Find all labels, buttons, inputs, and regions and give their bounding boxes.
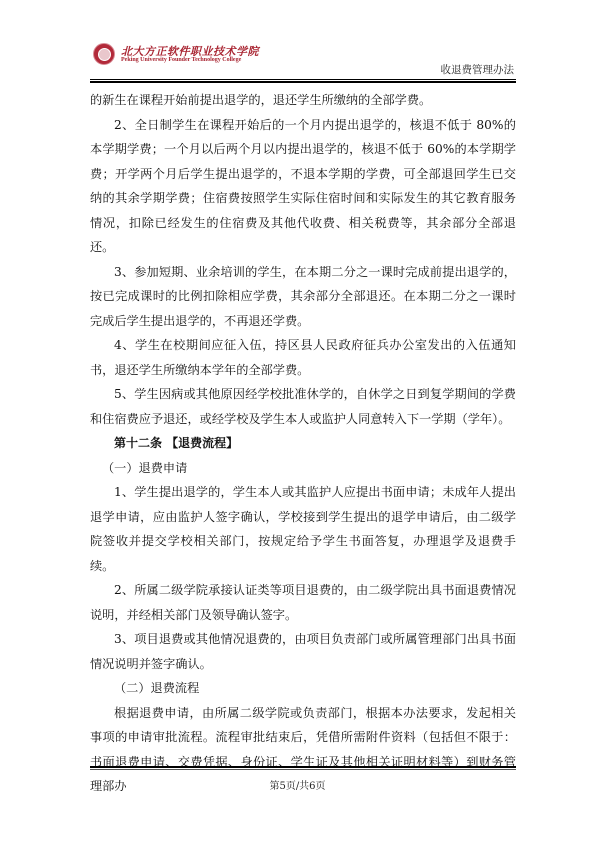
paragraph-application-2: 2、所属二级学院承接认证类等项目退费的，由二级学院出具书面退费情况说明，并经相关… bbox=[90, 578, 516, 627]
paragraph-application-1: 1、学生提出退学的，学生本人或其监护人应提出书面申请；未成年人提出退学申请，应由… bbox=[90, 480, 516, 578]
header-rule bbox=[90, 79, 516, 83]
page-indicator: 第5页/共6页 bbox=[0, 777, 595, 792]
paragraph-item-4: 4、学生在校期间应征入伍，持区县人民政府征兵办公室发出的入伍通知书，退还学生所缴… bbox=[90, 333, 516, 382]
document-title: 收退费管理办法 bbox=[441, 62, 515, 77]
paragraph-application-3: 3、项目退费或其他情况退费的，由项目负责部门或所属管理部门出具书面情况说明并签字… bbox=[90, 627, 516, 676]
college-logo-icon bbox=[93, 43, 115, 65]
section-heading: 第十二条 【退费流程】 bbox=[90, 431, 516, 456]
paragraph-item-2: 2、全日制学生在课程开始后的一个月内提出退学的，核退不低于 80%的本学期学费；… bbox=[90, 113, 516, 260]
paragraph-item-3: 3、参加短期、业余培训的学生，在本期二分之一课时完成前提出退学的，按已完成课时的… bbox=[90, 260, 516, 334]
subheading-refund-application: （一）退费申请 bbox=[90, 456, 516, 481]
document-body: 的新生在课程开始前提出退学的，退还学生所缴纳的全部学费。 2、全日制学生在课程开… bbox=[90, 88, 516, 799]
subheading-refund-process: （二）退费流程 bbox=[90, 676, 516, 701]
paragraph-item-5: 5、学生因病或其他原因经学校批准休学的，自休学之日到复学期间的学费和住宿费应予退… bbox=[90, 382, 516, 431]
paragraph-continuation: 的新生在课程开始前提出退学的，退还学生所缴纳的全部学费。 bbox=[90, 88, 516, 113]
footer-rule bbox=[90, 766, 516, 770]
school-name-en: Peking University Founder Technology Col… bbox=[121, 57, 241, 63]
logo-emblem-icon bbox=[98, 48, 111, 61]
page-header: 北大方正软件职业技术学院 Peking University Founder T… bbox=[88, 40, 518, 84]
